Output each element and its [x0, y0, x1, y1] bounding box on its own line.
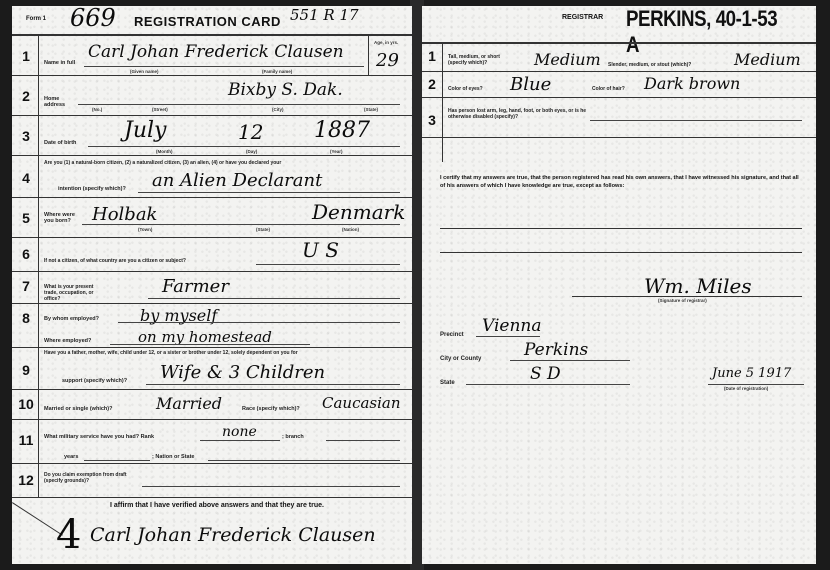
marital-value: Married — [156, 394, 222, 413]
card-number: 669 — [70, 4, 116, 32]
occupation-label: What is your present trade, occupation, … — [44, 284, 94, 302]
disability-label: Has person lost arm, leg, hand, foot, or… — [448, 108, 588, 120]
branch-underline — [326, 440, 400, 441]
employer-underline — [118, 322, 400, 323]
date-underline — [708, 384, 804, 385]
caption-state: (State) — [256, 227, 270, 232]
build-value: Medium — [734, 50, 801, 69]
row-marital-race: 10 Married or single (which)? Married Ra… — [12, 390, 412, 420]
birthplace-town: Holbak — [92, 204, 157, 225]
years-label: years — [64, 454, 78, 460]
caption-city: (City) — [272, 107, 284, 112]
state-value: S D — [530, 364, 561, 384]
dependents-value: Wife & 3 Children — [160, 362, 325, 383]
caption-nation: (Nation) — [342, 227, 359, 232]
military-label: What military service have you had? Rank — [44, 434, 154, 440]
card-title: REGISTRATION CARD — [134, 14, 281, 29]
row-number: 1 — [18, 48, 34, 64]
row-country: 6 If not a citizen, of what country are … — [12, 238, 412, 272]
country-label: If not a citizen, of what country are yo… — [44, 258, 186, 264]
hair-label: Color of hair? — [592, 86, 625, 92]
employed-where-label: Where employed? — [44, 338, 91, 344]
occupation-value: Farmer — [162, 276, 229, 297]
exceptions-line-2 — [440, 252, 802, 253]
row-height-build: 1 Tall, medium, or short (specify which)… — [422, 42, 816, 72]
row-number: 10 — [18, 396, 34, 412]
caption-state: (State) — [364, 107, 378, 112]
registration-card-back: REGISTRAR PERKINS, 40-1-53 A 1 Tall, med… — [422, 6, 816, 564]
precinct-label: Precinct — [440, 332, 464, 338]
card-annotation: 551 R 17 — [290, 6, 359, 24]
caption-street: (Street) — [152, 107, 168, 112]
caption-year: (Year) — [330, 149, 343, 154]
row-number: 1 — [424, 48, 440, 64]
dependents-question: Have you a father, mother, wife, child u… — [44, 350, 298, 356]
years-underline — [84, 460, 150, 461]
state-underline — [466, 384, 630, 385]
name-label: Name in full — [44, 60, 75, 66]
city-county-underline — [510, 360, 630, 361]
affirmation-text: I affirm that I have verified above answ… — [110, 502, 324, 509]
disability-underline — [590, 120, 802, 121]
birthplace-label: Where were you born? — [44, 212, 80, 224]
caption-no: (No.) — [92, 107, 102, 112]
row-date-of-birth: 3 Date of birth July 12 1887 (Month) (Da… — [12, 116, 412, 156]
employer-label: By whom employed? — [44, 316, 99, 322]
row-number: 3 — [18, 128, 34, 144]
row-number: 11 — [18, 432, 34, 448]
row-number: 3 — [424, 112, 440, 128]
row-number: 9 — [18, 362, 34, 378]
birthplace-nation: Denmark — [312, 200, 405, 224]
registrar-signature-caption: (Signature of registrar) — [658, 298, 707, 303]
registrant-signature: Carl Johan Frederick Clausen — [90, 524, 376, 546]
certification-text: I certify that my answers are true, that… — [440, 174, 800, 190]
back-rows: 1 Tall, medium, or short (specify which)… — [422, 42, 816, 162]
occupation-underline — [148, 298, 400, 299]
row-number: 8 — [18, 310, 34, 326]
birthplace-underline — [82, 224, 400, 225]
row-birthplace: 5 Where were you born? Holbak Denmark (T… — [12, 198, 412, 238]
row-employer: 8 By whom employed? by myself Where empl… — [12, 304, 412, 348]
citizenship-underline — [138, 192, 400, 193]
hair-value: Dark brown — [644, 74, 740, 93]
registrar-label: REGISTRAR — [562, 14, 603, 21]
row-number: 6 — [18, 246, 34, 262]
name-value: Carl Johan Frederick Clausen — [88, 42, 344, 62]
card-header: Form 1 669 REGISTRATION CARD 551 R 17 — [12, 6, 412, 34]
registration-card-front: Form 1 669 REGISTRATION CARD 551 R 17 1 … — [12, 6, 412, 564]
dependents-label: support (specify which)? — [62, 378, 127, 384]
age-divider — [368, 36, 369, 75]
eyes-value: Blue — [510, 74, 551, 95]
military-rank-value: none — [222, 424, 257, 440]
nation-state-label: ; Nation or State — [152, 454, 194, 460]
row-number: 12 — [18, 472, 34, 488]
form-label: Form 1 — [26, 16, 46, 22]
citizenship-label: intention (specify which)? — [58, 186, 126, 192]
row-number: 4 — [18, 170, 34, 186]
row-exemption: 12 Do you claim exemption from draft (sp… — [12, 464, 412, 498]
home-address-value: Bixby S. Dak. — [228, 80, 343, 100]
country-value: U S — [302, 238, 339, 262]
build-label: Slender, medium, or stout (which)? — [608, 62, 691, 68]
row-occupation: 7 What is your present trade, occupation… — [12, 272, 412, 304]
registrar-signature: Wm. Miles — [644, 274, 752, 298]
front-rows: 1 Name in full Carl Johan Frederick Clau… — [12, 34, 412, 498]
row-number: 7 — [18, 278, 34, 294]
row-number: 2 — [424, 76, 440, 92]
row-number: 2 — [18, 88, 34, 104]
row-dependents: 9 Have you a father, mother, wife, child… — [12, 348, 412, 390]
exemption-label: Do you claim exemption from draft (speci… — [44, 472, 134, 484]
race-value: Caucasian — [322, 394, 401, 412]
dob-month: July — [124, 118, 166, 143]
address-underline — [78, 104, 400, 105]
caption-given-name: (Given name) — [130, 69, 159, 74]
row-eyes-hair: 2 Color of eyes? Blue Color of hair? Dar… — [422, 72, 816, 98]
state-label: State — [440, 380, 455, 386]
row-number: 5 — [18, 210, 34, 226]
row-military: 11 What military service have you had? R… — [12, 420, 412, 464]
caption-day: (Day) — [246, 149, 257, 154]
row-citizenship: 4 Are you (1) a natural-born citizen, (2… — [12, 156, 412, 198]
dob-label: Date of birth — [44, 140, 76, 146]
employed-where-underline — [110, 344, 310, 345]
name-underline — [84, 66, 364, 67]
age-value: 29 — [376, 50, 399, 71]
marital-label: Married or single (which)? — [44, 406, 112, 412]
eyes-label: Color of eyes? — [448, 86, 483, 92]
race-label: Race (specify which)? — [242, 406, 300, 412]
precinct-underline — [476, 336, 540, 337]
dob-underline — [88, 146, 400, 147]
height-value: Medium — [534, 50, 601, 69]
branch-label: ; branch — [282, 434, 304, 440]
caption-family-name: (Family name) — [262, 69, 292, 74]
city-county-label: City or County — [440, 356, 481, 362]
country-underline — [256, 264, 400, 265]
home-address-label: Home address — [44, 96, 70, 108]
row-home-address: 2 Home address Bixby S. Dak. (No.) (Stre… — [12, 76, 412, 116]
exemption-underline — [142, 486, 400, 487]
rank-underline — [200, 440, 280, 441]
dependents-underline — [146, 384, 400, 385]
citizenship-question: Are you (1) a natural-born citizen, (2) … — [44, 160, 281, 166]
citizenship-value: an Alien Declarant — [152, 170, 322, 191]
age-label: Age, in yrs. — [374, 40, 398, 45]
caption-month: (Month) — [156, 149, 173, 154]
registration-date: June 5 1917 — [712, 366, 791, 381]
dob-year: 1887 — [314, 118, 370, 143]
date-caption: (Date of registration) — [724, 386, 768, 391]
registrant-mark: 4 — [56, 512, 81, 558]
caption-town: (Town) — [138, 227, 152, 232]
row-disability: 3 Has person lost arm, leg, hand, foot, … — [422, 98, 816, 138]
registrar-signature-line — [572, 296, 802, 297]
exceptions-line-1 — [440, 228, 802, 229]
city-county-value: Perkins — [524, 340, 588, 360]
precinct-value: Vienna — [482, 316, 542, 336]
dob-day: 12 — [238, 120, 263, 144]
nation-state-underline — [208, 460, 400, 461]
height-label: Tall, medium, or short (specify which)? — [448, 54, 508, 66]
row-name: 1 Name in full Carl Johan Frederick Clau… — [12, 34, 412, 76]
